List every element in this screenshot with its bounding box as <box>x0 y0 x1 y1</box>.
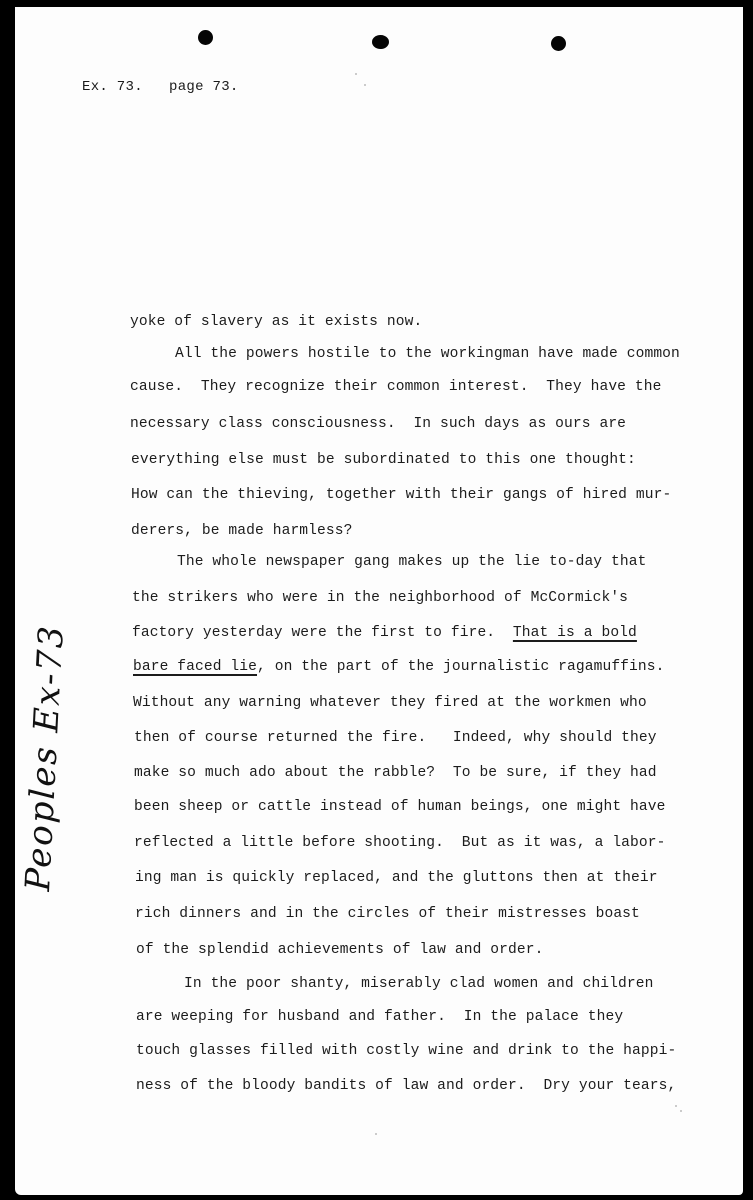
text-line: How can the thieving, together with thei… <box>131 486 671 504</box>
text-line: All the powers hostile to the workingman… <box>175 345 680 363</box>
speck <box>675 1105 677 1107</box>
text-line: the strikers who were in the neighborhoo… <box>132 589 628 607</box>
text-line: been sheep or cattle instead of human be… <box>134 798 665 816</box>
text-line: yoke of slavery as it exists now. <box>130 313 422 331</box>
punch-hole <box>372 35 389 49</box>
punch-hole <box>551 36 566 51</box>
text-line: then of course returned the fire. Indeed… <box>134 729 657 747</box>
text-line: are weeping for husband and father. In t… <box>136 1008 623 1026</box>
text-line: factory yesterday were the first to fire… <box>132 624 637 642</box>
text-line: Without any warning whatever they fired … <box>133 694 647 712</box>
text-line: rich dinners and in the circles of their… <box>135 905 640 923</box>
text-line: cause. They recognize their common inter… <box>130 378 661 396</box>
text-line: make so much ado about the rabble? To be… <box>134 764 657 782</box>
text-line: necessary class consciousness. In such d… <box>130 415 626 433</box>
text-line: touch glasses filled with costly wine an… <box>136 1042 676 1060</box>
text-line: bare faced lie, on the part of the journ… <box>133 658 664 676</box>
text-line: ing man is quickly replaced, and the glu… <box>135 869 658 887</box>
text-line: of the splendid achievements of law and … <box>136 941 543 959</box>
punch-hole <box>198 30 213 45</box>
text-line: derers, be made harmless? <box>131 522 352 540</box>
text-line: reflected a little before shooting. But … <box>134 834 665 852</box>
text-line: In the poor shanty, miserably clad women… <box>184 975 653 993</box>
underlined-text: bare faced lie <box>133 659 257 675</box>
text-line: everything else must be subordinated to … <box>131 451 636 469</box>
exhibit-header: Ex. 73. page 73. <box>82 79 239 95</box>
text-line: ness of the bloody bandits of law and or… <box>136 1077 676 1095</box>
text-line: The whole newspaper gang makes up the li… <box>177 553 646 571</box>
speck <box>364 84 366 86</box>
speck <box>680 1110 682 1112</box>
speck <box>375 1133 377 1135</box>
speck <box>355 73 357 75</box>
underlined-text: That is a bold <box>513 625 637 641</box>
